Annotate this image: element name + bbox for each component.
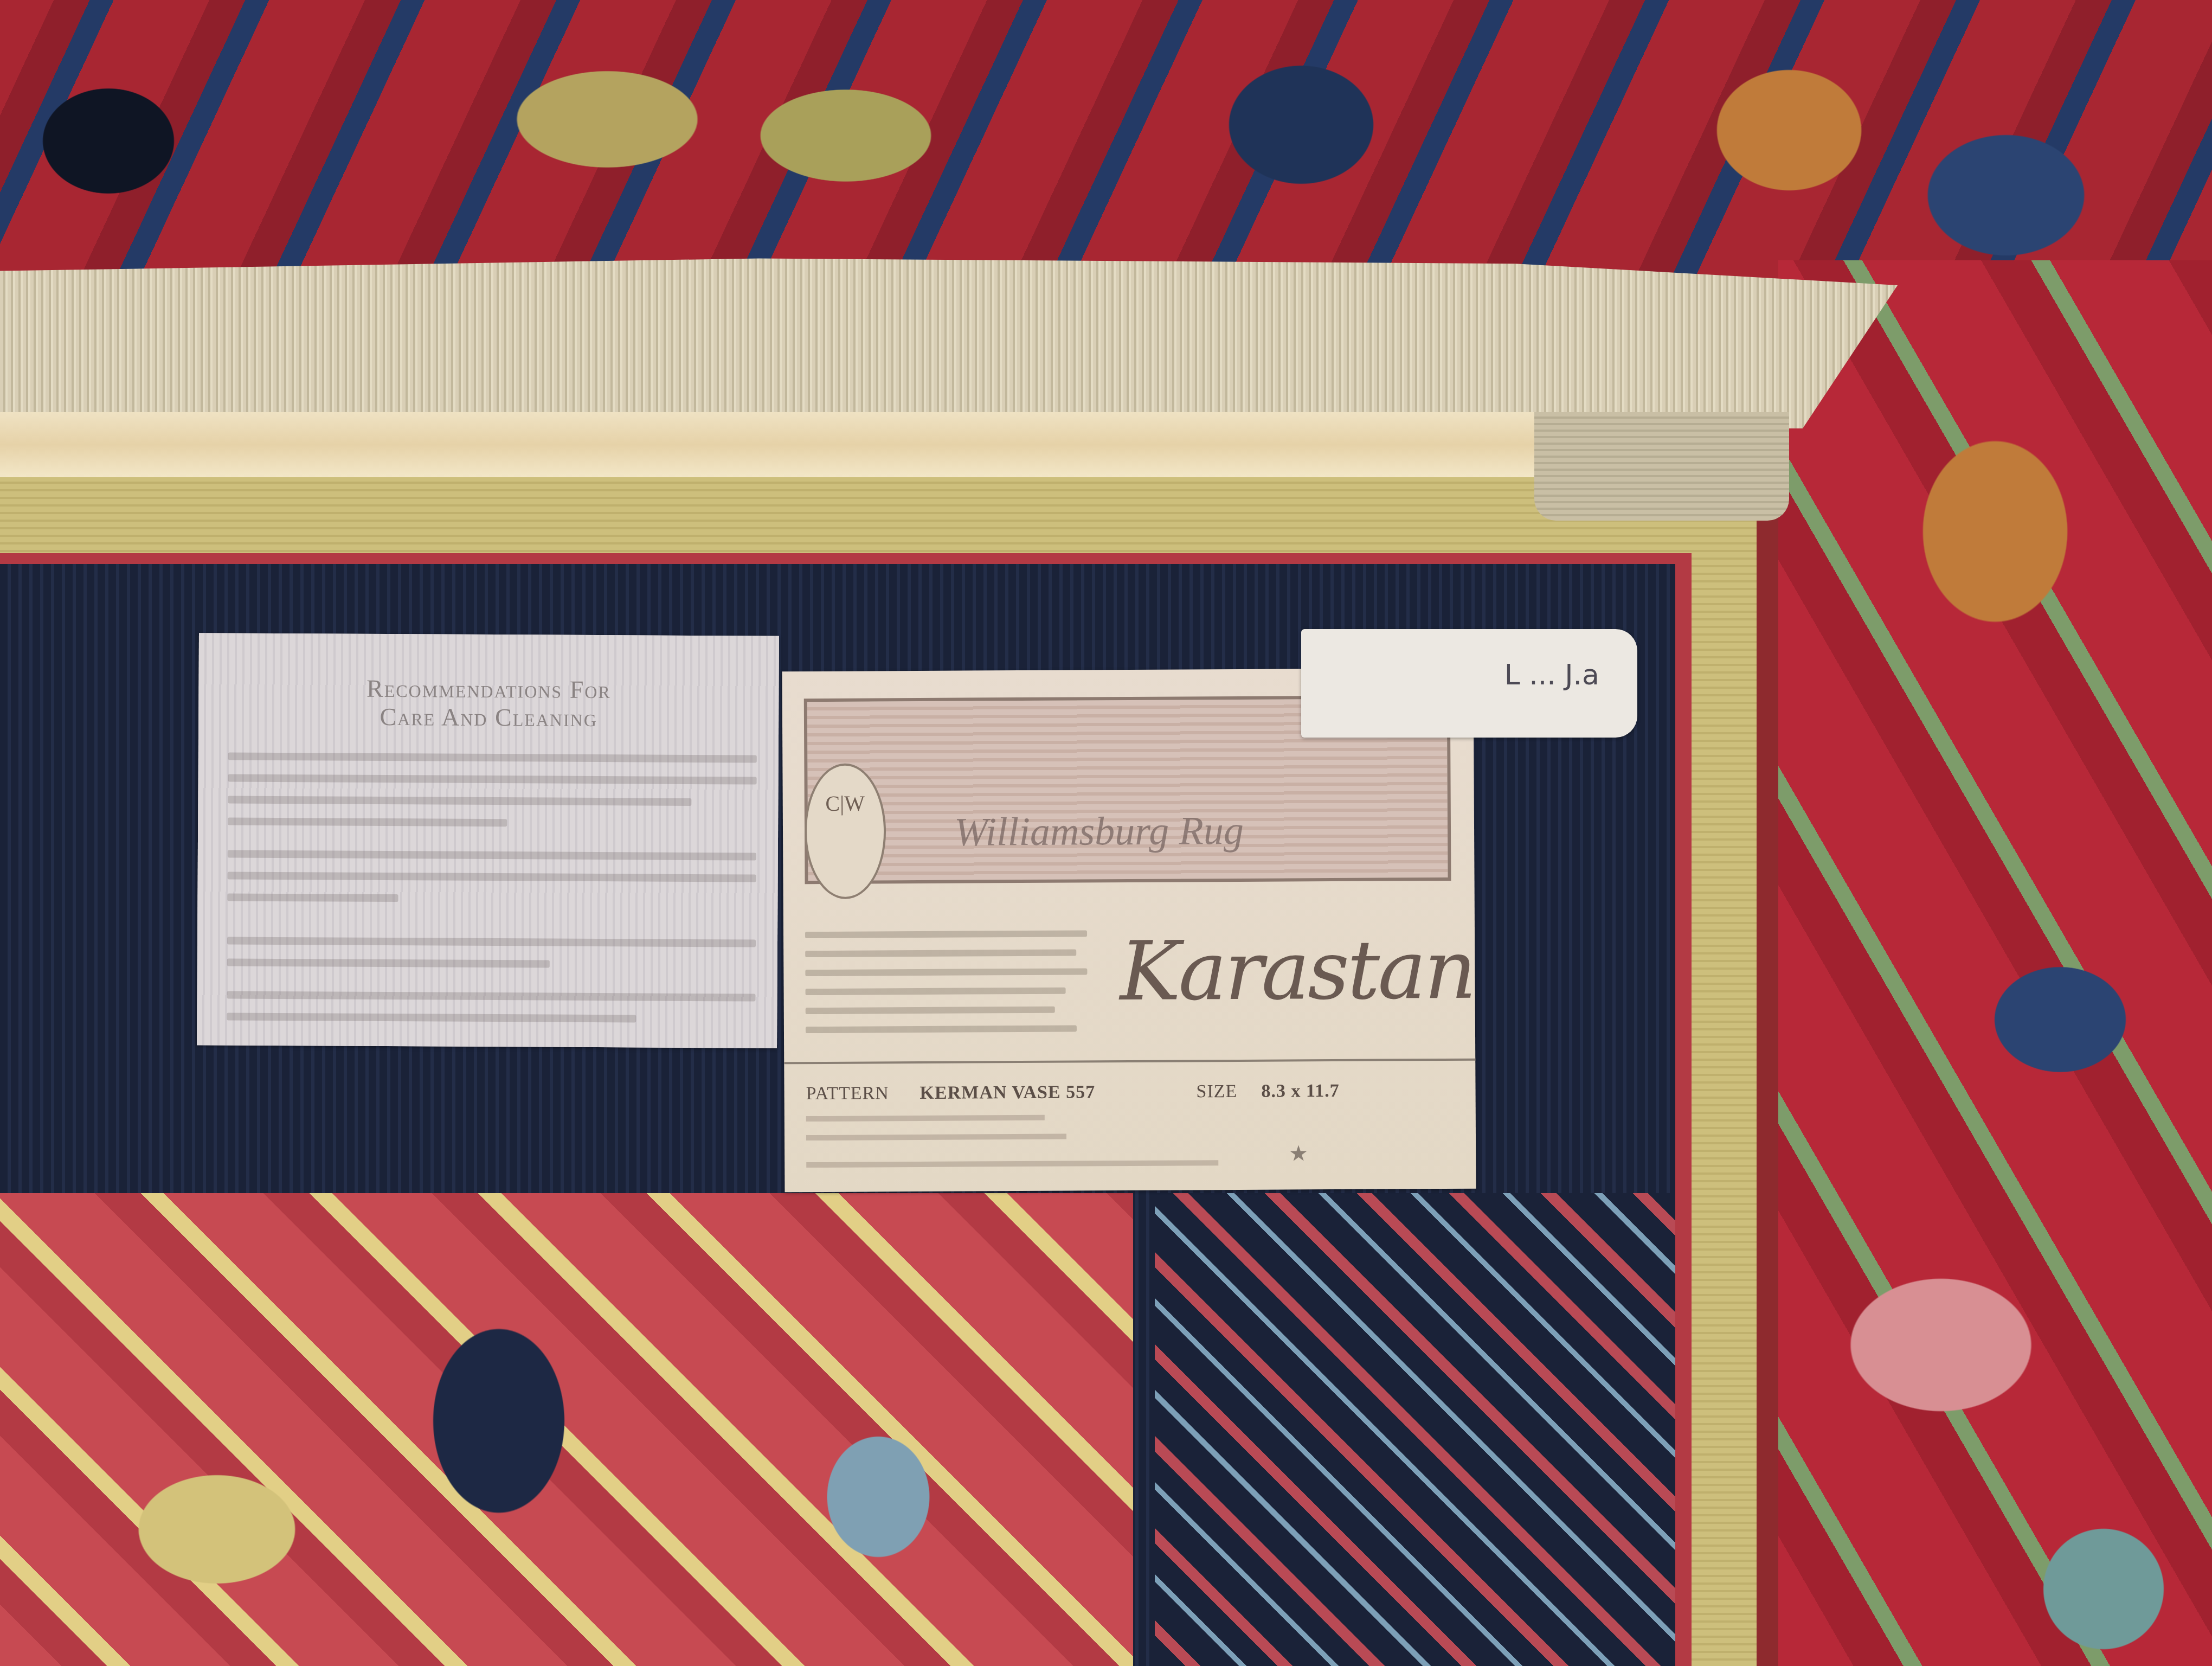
brand-logo: Karastan [1120,923,1475,1019]
care-text-line [228,752,757,762]
care-label-title: Recommendations For Care And Cleaning [198,674,779,733]
care-text-line [228,850,756,860]
fiber-line [806,1134,1066,1141]
blurb-line [805,930,1087,938]
care-cleaning-label: Recommendations For Care And Cleaning [197,633,779,1048]
handwritten-tag: L ... J.a [1301,629,1637,738]
pile-rug-top [0,0,2212,304]
label-divider [784,1059,1475,1065]
rug-end-binding [0,412,1551,477]
care-text-line [228,774,757,784]
care-text-line [227,937,756,947]
care-title-line2: Care And Cleaning [198,702,779,733]
rug-corner-tab [1534,412,1789,521]
rug-fringe [0,249,1898,428]
fiber-line [806,1115,1045,1122]
size-value: 8.3 x 11.7 [1261,1081,1339,1102]
care-title-line1: Recommendations For [198,674,779,705]
care-text-line [228,872,756,882]
seal-letters: C|W [825,791,865,816]
cw-seal-icon: C|W [804,763,886,899]
care-text-line [227,1013,636,1022]
karastan-label: Williamsburg Rug C|W Karastan PATTERN KE… [782,668,1476,1193]
care-text-line [227,958,550,967]
care-text-line [227,991,755,1001]
rug-back-side-border [1155,1193,1675,1666]
care-text-line [227,893,398,902]
handwritten-text: L ... J.a [1504,659,1599,691]
fiber-line [806,1160,1218,1168]
star-icon: ★ [1289,1140,1308,1166]
blurb-line [806,988,1066,996]
blurb-line [806,1007,1055,1014]
care-text-line [228,796,691,805]
rug-back-field [0,1193,1133,1666]
pattern-value: KERMAN VASE 557 [919,1082,1095,1104]
blurb-line [805,968,1087,976]
size-label: SIZE [1196,1081,1237,1102]
blurb-line [805,950,1076,958]
banner-script: Williamsburg Rug [954,808,1244,856]
care-text-line [228,817,507,826]
blurb-line [806,1026,1077,1034]
pattern-label: PATTERN [806,1083,889,1104]
pile-rug-right [1778,260,2212,1666]
